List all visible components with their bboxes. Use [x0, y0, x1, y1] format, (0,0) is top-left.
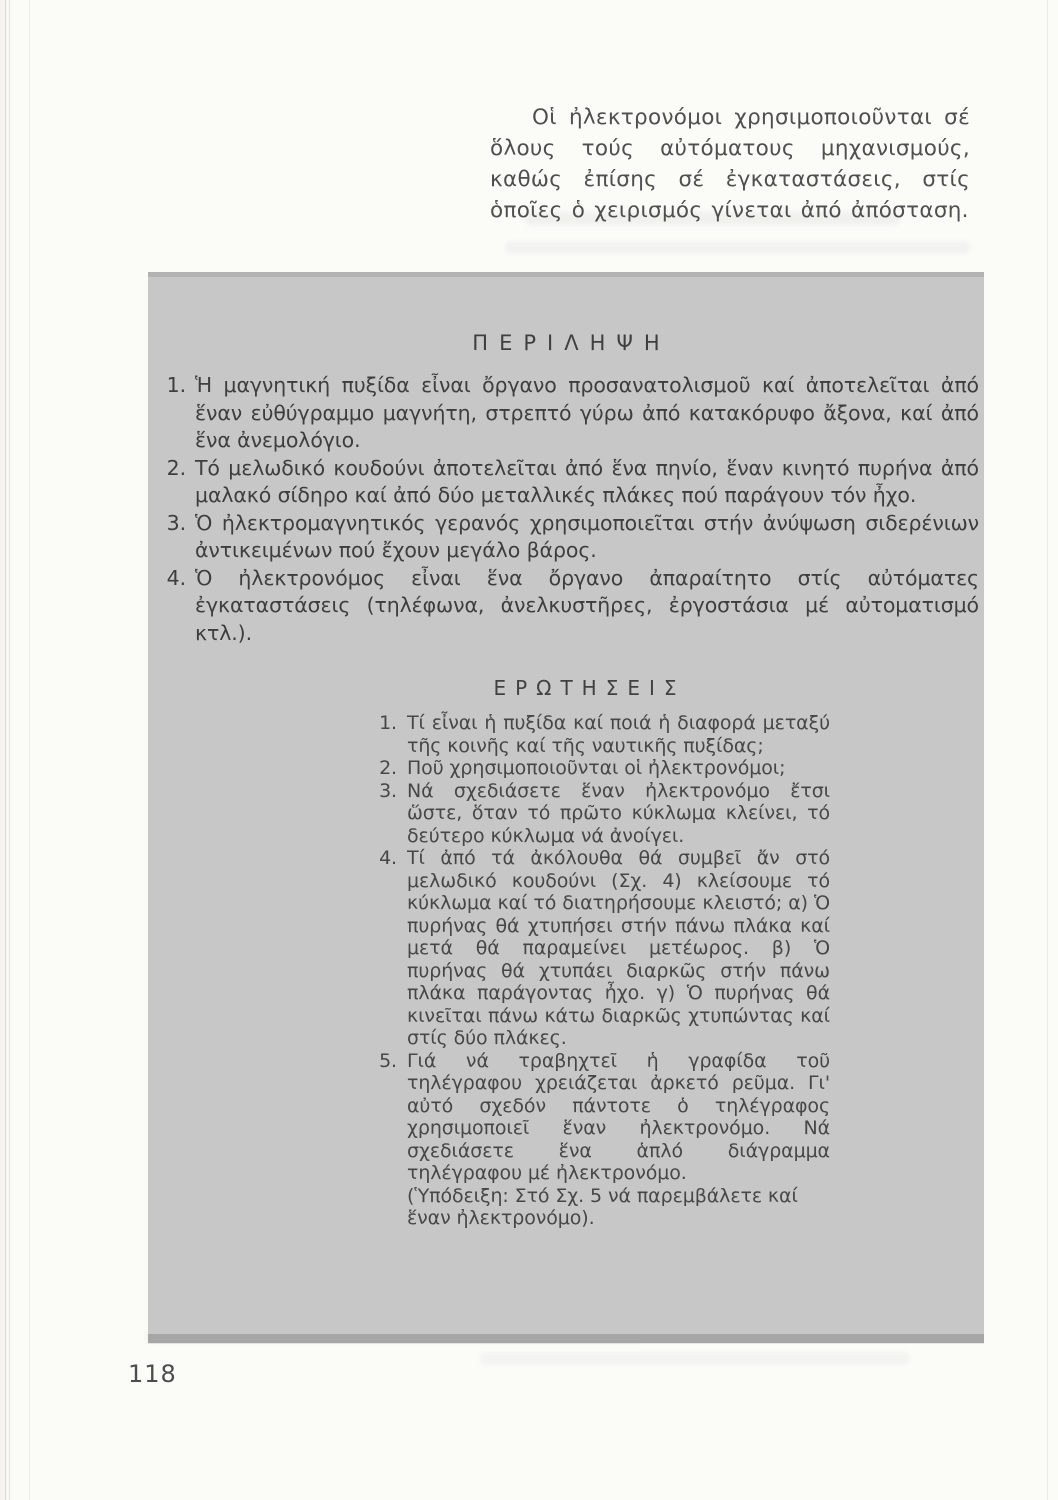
bleedthrough-ghost-text	[480, 1352, 910, 1365]
question-text: Ποῦ χρησιμοποιοῦνται οἱ ἠλεκτρονόμοι;	[407, 757, 830, 780]
question-item: 5. Γιά νά τραβηχτεῖ ἡ γραφίδα τοῦ τηλέγρ…	[372, 1050, 830, 1230]
question-item: 2. Ποῦ χρησιμοποιοῦνται οἱ ἠλεκτρονόμοι;	[372, 757, 830, 780]
summary-item: 3. Ὁ ἠλεκτρομαγνητικός γερανός χρησιμοπο…	[160, 510, 979, 565]
questions-list: 1. Τί εἶναι ἡ πυξίδα καί ποιά ἡ διαφορά …	[372, 712, 830, 1230]
question-number: 2.	[372, 757, 397, 780]
question-hint: (Ὑπόδειξη: Στό Σχ. 5 νά παρεμβάλετε καί …	[407, 1185, 830, 1230]
question-number: 1.	[372, 712, 397, 757]
summary-item-number: 4.	[160, 565, 186, 648]
question-text: Τί εἶναι ἡ πυξίδα καί ποιά ἡ διαφορά μετ…	[407, 712, 830, 757]
question-number: 4.	[372, 847, 397, 1050]
question-item: 1. Τί εἶναι ἡ πυξίδα καί ποιά ἡ διαφορά …	[372, 712, 830, 757]
scanned-book-page: Οἱ ἠλεκτρονόμοι χρησιμοποιοῦνται σέ ὅλου…	[0, 0, 1058, 1500]
summary-item-number: 3.	[160, 510, 186, 565]
summary-item: 1. Ἡ μαγνητική πυξίδα εἶναι ὄργανο προσα…	[160, 372, 979, 455]
question-text-main: Γιά νά τραβηχτεῖ ἡ γραφίδα τοῦ τηλέγραφο…	[407, 1050, 830, 1185]
question-number: 5.	[372, 1050, 397, 1230]
bleedthrough-ghost-text	[505, 241, 970, 254]
question-item: 3. Νά σχεδιάσετε ἕναν ἠλεκτρονόμο ἔτσι ὥ…	[372, 780, 830, 848]
summary-item-number: 1.	[160, 372, 186, 455]
question-number: 3.	[372, 780, 397, 848]
question-text: Γιά νά τραβηχτεῖ ἡ γραφίδα τοῦ τηλέγραφο…	[407, 1050, 830, 1230]
summary-item: 4. Ὁ ἠλεκτρονόμος εἶναι ἕνα ὄργανο ἀπαρα…	[160, 565, 979, 648]
scan-artifact-line	[1047, 0, 1048, 1500]
questions-section: ΕΡΩΤΗΣΕΙΣ 1. Τί εἶναι ἡ πυξίδα καί ποιά …	[372, 676, 830, 1230]
scan-artifact-line	[5, 0, 6, 1500]
summary-item-text: Ἡ μαγνητική πυξίδα εἶναι ὄργανο προσανατ…	[195, 372, 979, 455]
summary-item: 2. Τό μελωδικό κουδούνι ἀποτελεῖται ἀπό …	[160, 455, 979, 510]
scan-artifact-line	[9, 0, 10, 1500]
summary-item-text: Ὁ ἠλεκτρομαγνητικός γερανός χρησιμοποιεῖ…	[195, 510, 979, 565]
summary-item-text: Ὁ ἠλεκτρονόμος εἶναι ἕνα ὄργανο ἀπαραίτη…	[195, 565, 979, 648]
intro-paragraph: Οἱ ἠλεκτρονόμοι χρησιμοποιοῦνται σέ ὅλου…	[490, 102, 970, 226]
question-text: Τί ἀπό τά ἀκόλουθα θά συμβεῖ ἄν στό μελω…	[407, 847, 830, 1050]
summary-heading: ΠΕΡΙΛΗΨΗ	[148, 331, 984, 355]
summary-list: 1. Ἡ μαγνητική πυξίδα εἶναι ὄργανο προσα…	[148, 372, 984, 647]
summary-item-number: 2.	[160, 455, 186, 510]
question-text: Νά σχεδιάσετε ἕναν ἠλεκτρονόμο ἔτσι ὥστε…	[407, 780, 830, 848]
page-number: 118	[128, 1360, 177, 1388]
scan-artifact-line	[29, 0, 30, 1500]
questions-heading: ΕΡΩΤΗΣΕΙΣ	[356, 676, 814, 700]
question-item: 4. Τί ἀπό τά ἀκόλουθα θά συμβεῖ ἄν στό μ…	[372, 847, 830, 1050]
summary-item-text: Τό μελωδικό κουδούνι ἀποτελεῖται ἀπό ἕνα…	[195, 455, 979, 510]
